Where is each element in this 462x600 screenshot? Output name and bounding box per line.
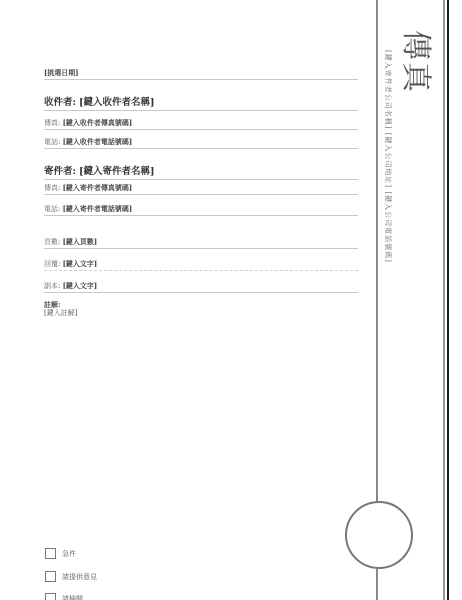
pages-label: 頁數:	[44, 238, 60, 246]
right-vertical-rule-black	[447, 0, 449, 600]
cc-field[interactable]: 副本: [鍵入文字]	[44, 281, 358, 293]
recipient-phone-field[interactable]: 電話: [鍵入收件者電話號碼]	[44, 137, 358, 149]
checkbox-label: 請提供意見	[62, 572, 97, 582]
recipient-name-label: 收件者:	[44, 97, 76, 108]
recipient-phone-label: 電話:	[44, 138, 60, 146]
sender-fax-value[interactable]: [鍵入寄件者傳真號碼]	[63, 183, 133, 192]
notes-value[interactable]: [鍵入註解]	[44, 309, 77, 317]
sender-fax-field[interactable]: 傳真: [鍵入寄件者傳真號碼]	[44, 183, 358, 195]
re-field[interactable]: 回覆: [鍵入文字]	[44, 259, 358, 271]
pages-field[interactable]: 頁數: [鍵入頁數]	[44, 237, 358, 249]
date-field[interactable]: [挑選日期]	[44, 68, 358, 80]
checkbox-please-comment[interactable]: 請提供意見	[45, 571, 97, 582]
checkbox-label: 急件	[62, 549, 76, 559]
company-info[interactable]: [鍵入寄件者公司名稱] [鍵入公司地址] [鍵入公司電話號碼]	[383, 50, 393, 263]
sender-phone-field[interactable]: 電話: [鍵入寄件者電話號碼]	[44, 204, 358, 216]
checkbox-square-icon[interactable]	[45, 593, 56, 600]
recipient-fax-field[interactable]: 傳真: [鍵入收件者傳真號碼]	[44, 118, 358, 130]
cc-label: 副本:	[44, 282, 60, 290]
checkbox-label: 請檢閱	[62, 594, 83, 600]
sender-phone-value[interactable]: [鍵入寄件者電話號碼]	[63, 204, 133, 213]
re-label: 回覆:	[44, 260, 60, 268]
checkbox-urgent[interactable]: 急件	[45, 548, 76, 559]
right-vertical-rule-gray	[443, 0, 445, 600]
sender-fax-label: 傳真:	[44, 184, 60, 192]
recipient-phone-value[interactable]: [鍵入收件者電話號碼]	[63, 137, 133, 146]
recipient-fax-label: 傳真:	[44, 119, 60, 127]
notes-section: 註解: [鍵入註解]	[44, 300, 77, 318]
cc-value[interactable]: [鍵入文字]	[63, 281, 98, 290]
decorative-circle	[345, 501, 413, 569]
notes-label: 註解:	[44, 300, 77, 309]
re-value[interactable]: [鍵入文字]	[63, 259, 98, 268]
sender-phone-label: 電話:	[44, 205, 60, 213]
checkbox-please-review[interactable]: 請檢閱	[45, 593, 83, 600]
recipient-fax-value[interactable]: [鍵入收件者傳真號碼]	[63, 118, 133, 127]
sender-name-value[interactable]: [鍵入寄件者名稱]	[79, 166, 155, 177]
fax-title: 傳真	[397, 30, 441, 94]
checkbox-square-icon[interactable]	[45, 548, 56, 559]
pages-value[interactable]: [鍵入頁數]	[63, 237, 98, 246]
recipient-name-field[interactable]: 收件者: [鍵入收件者名稱]	[44, 96, 358, 111]
checkbox-square-icon[interactable]	[45, 571, 56, 582]
sender-name-field[interactable]: 寄件者: [鍵入寄件者名稱]	[44, 165, 358, 180]
recipient-name-value[interactable]: [鍵入收件者名稱]	[79, 97, 155, 108]
fax-cover-page: 傳真 [鍵入寄件者公司名稱] [鍵入公司地址] [鍵入公司電話號碼] [挑選日期…	[0, 0, 462, 600]
date-value[interactable]: [挑選日期]	[44, 68, 79, 77]
sender-name-label: 寄件者:	[44, 166, 76, 177]
